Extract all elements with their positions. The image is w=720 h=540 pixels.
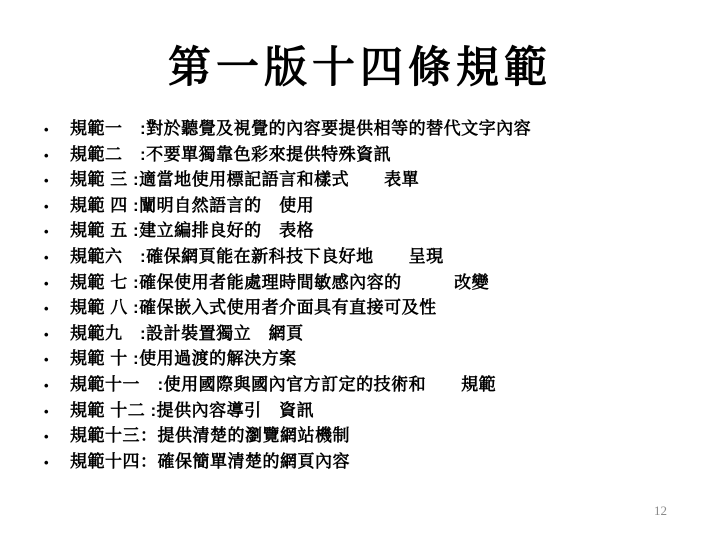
list-item: • 規範 五 :建立編排良好的 表格 <box>44 219 700 245</box>
list-item-text: 規範 十二 :提供內容導引 資訊 <box>70 399 314 424</box>
list-item: • 規範 八 :確保嵌入式使用者介面具有直接可及性 <box>44 296 700 322</box>
list-item-text: 規範 三 :適當地使用標記語言和樣式 表單 <box>70 168 419 193</box>
bullet-icon: • <box>44 220 70 245</box>
presentation-slide: 第一版十四條規範 • 規範一 :對於聽覺及視覺的內容要提供相等的替代文字內容 •… <box>0 0 720 540</box>
list-item: • 規範 七 :確保使用者能處理時間敏感內容的 改變 <box>44 271 700 297</box>
bullet-icon: • <box>44 323 70 348</box>
list-item-text: 規範六 :確保網頁能在新科技下良好地 呈現 <box>70 245 444 270</box>
list-item-text: 規範十三：提供清楚的瀏覽網站機制 <box>70 424 350 449</box>
bullet-icon: • <box>44 118 70 143</box>
bullet-icon: • <box>44 425 70 450</box>
list-item-text: 規範十一 :使用國際與國內官方訂定的技術和 規範 <box>70 373 496 398</box>
list-item-text: 規範 八 :確保嵌入式使用者介面具有直接可及性 <box>70 296 437 321</box>
list-item: • 規範 三 :適當地使用標記語言和樣式 表單 <box>44 168 700 194</box>
list-item-text: 規範 十 :使用過渡的解決方案 <box>70 347 297 372</box>
bullet-icon: • <box>44 272 70 297</box>
slide-title: 第一版十四條規範 <box>0 34 720 95</box>
list-item-text: 規範九 :設計裝置獨立 網頁 <box>70 322 304 347</box>
page-number: 12 <box>654 503 667 519</box>
list-item-text: 規範二 :不要單獨靠色彩來提供特殊資訊 <box>70 143 391 168</box>
list-item: • 規範 十 :使用過渡的解決方案 <box>44 347 700 373</box>
bullet-icon: • <box>44 169 70 194</box>
list-item-text: 規範 五 :建立編排良好的 表格 <box>70 219 314 244</box>
list-item: • 規範十三：提供清楚的瀏覽網站機制 <box>44 424 700 450</box>
list-item: • 規範十一 :使用國際與國內官方訂定的技術和 規範 <box>44 373 700 399</box>
bullet-icon: • <box>44 400 70 425</box>
list-item: • 規範一 :對於聽覺及視覺的內容要提供相等的替代文字內容 <box>44 117 700 143</box>
bullet-icon: • <box>44 246 70 271</box>
bullet-icon: • <box>44 451 70 476</box>
list-item-text: 規範十四：確保簡單清楚的網頁內容 <box>70 450 350 475</box>
list-item-text: 規範一 :對於聽覺及視覺的內容要提供相等的替代文字內容 <box>70 117 531 142</box>
bullet-icon: • <box>44 144 70 169</box>
list-item: • 規範十四：確保簡單清楚的網頁內容 <box>44 450 700 476</box>
list-item: • 規範九 :設計裝置獨立 網頁 <box>44 322 700 348</box>
list-item: • 規範二 :不要單獨靠色彩來提供特殊資訊 <box>44 143 700 169</box>
list-item: • 規範 十二 :提供內容導引 資訊 <box>44 399 700 425</box>
list-item: • 規範六 :確保網頁能在新科技下良好地 呈現 <box>44 245 700 271</box>
list-item: • 規範 四 :闡明自然語言的 使用 <box>44 194 700 220</box>
bullet-icon: • <box>44 348 70 373</box>
list-item-text: 規範 四 :闡明自然語言的 使用 <box>70 194 314 219</box>
list-item-text: 規範 七 :確保使用者能處理時間敏感內容的 改變 <box>70 271 489 296</box>
bullet-list: • 規範一 :對於聽覺及視覺的內容要提供相等的替代文字內容 • 規範二 :不要單… <box>44 117 700 475</box>
bullet-icon: • <box>44 374 70 399</box>
bullet-icon: • <box>44 297 70 322</box>
bullet-icon: • <box>44 195 70 220</box>
